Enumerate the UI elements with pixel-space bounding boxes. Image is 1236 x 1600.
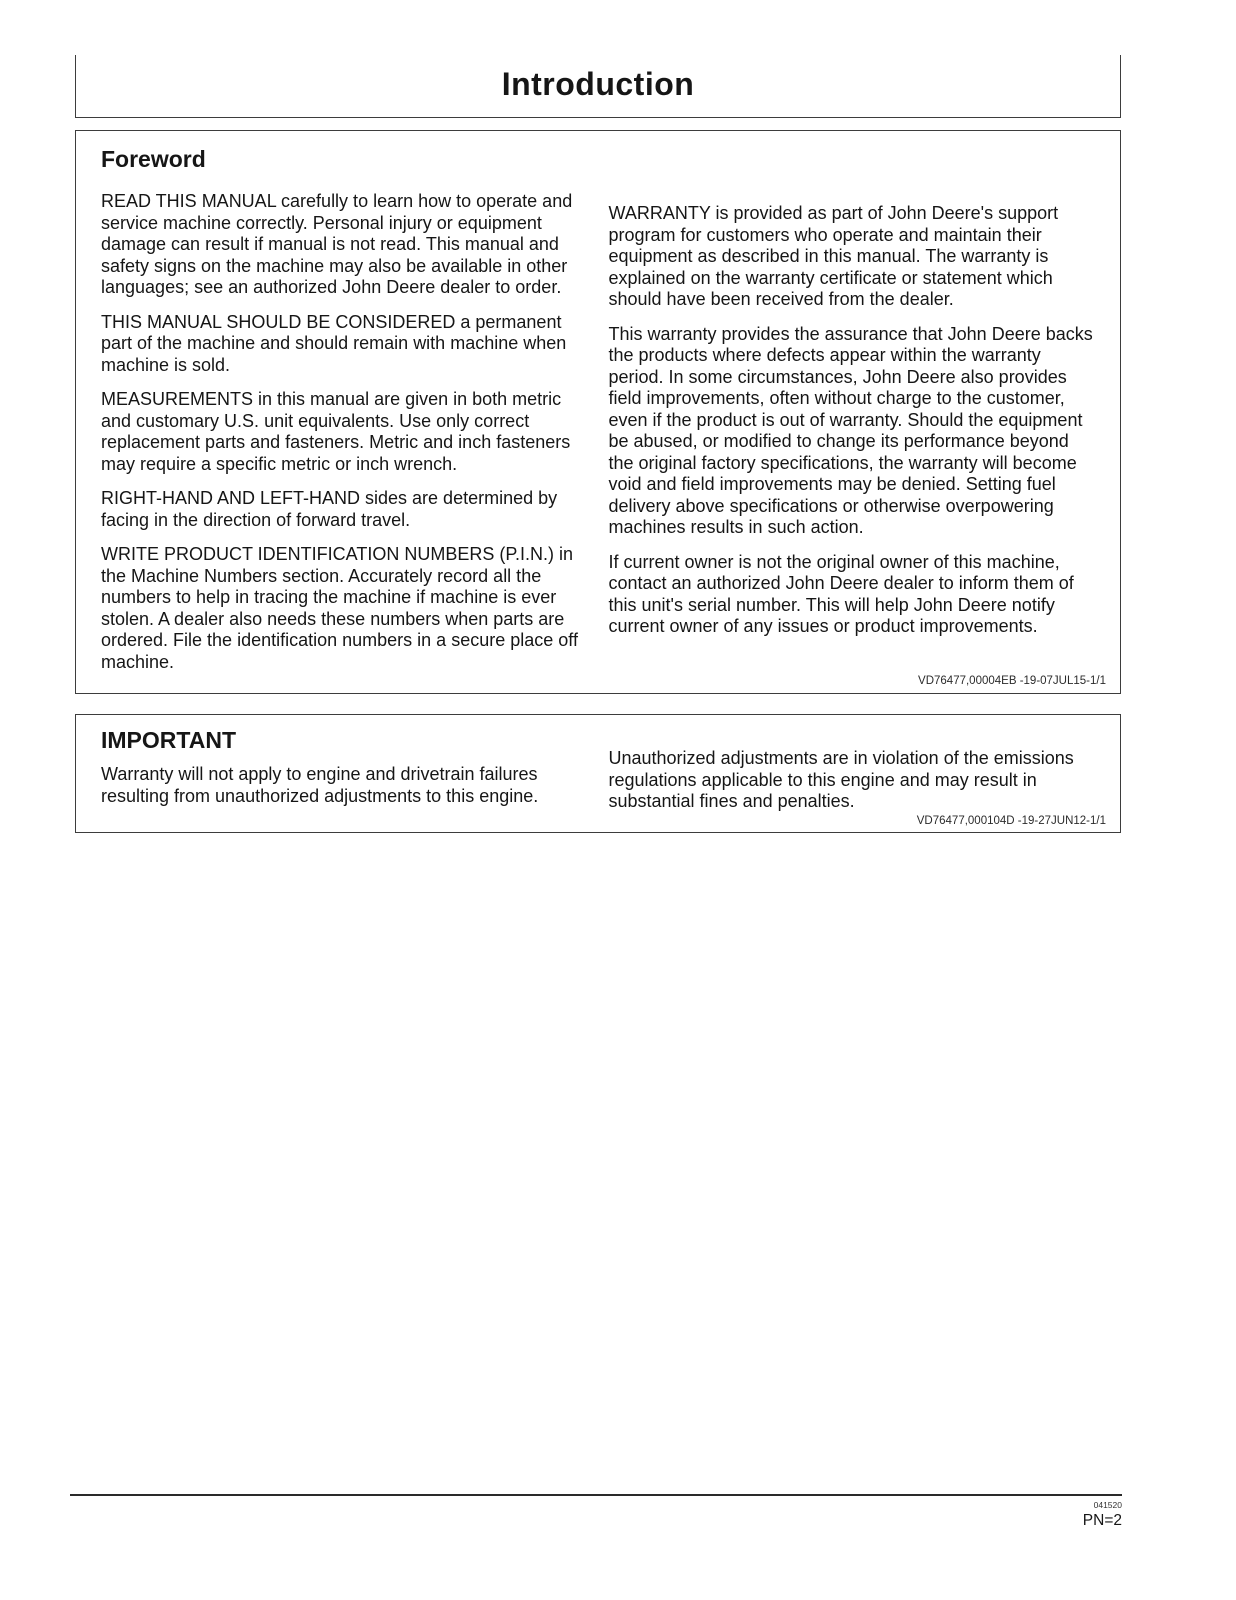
important-heading: IMPORTANT bbox=[101, 727, 591, 754]
foreword-paragraph-current-owner: If current owner is not the original own… bbox=[609, 552, 1099, 638]
footer-print-code: 041520 bbox=[1094, 1500, 1122, 1510]
important-right-column: Unauthorized adjustments are in violatio… bbox=[609, 727, 1099, 826]
important-warranty-paragraph: Warranty will not apply to engine and dr… bbox=[101, 764, 591, 807]
foreword-columns: READ THIS MANUAL carefully to learn how … bbox=[101, 191, 1098, 686]
important-section: IMPORTANT Warranty will not apply to eng… bbox=[75, 714, 1121, 833]
foreword-section: Foreword READ THIS MANUAL carefully to l… bbox=[75, 130, 1121, 694]
foreword-paragraph-warranty: WARRANTY is provided as part of John Dee… bbox=[609, 203, 1099, 311]
foreword-paragraph-measurements: MEASUREMENTS in this manual are given in… bbox=[101, 389, 591, 475]
foreword-paragraph-right-left-hand: RIGHT-HAND AND LEFT-HAND sides are deter… bbox=[101, 488, 591, 531]
important-left-column: IMPORTANT Warranty will not apply to eng… bbox=[101, 727, 591, 826]
page-title: Introduction bbox=[502, 66, 695, 103]
foreword-paragraph-warranty-assurance: This warranty provides the assurance tha… bbox=[609, 324, 1099, 539]
manual-page: Introduction Foreword READ THIS MANUAL c… bbox=[0, 0, 1236, 1600]
foreword-paragraph-read-manual: READ THIS MANUAL carefully to learn how … bbox=[101, 191, 591, 299]
foreword-paragraph-pin: WRITE PRODUCT IDENTIFICATION NUMBERS (P.… bbox=[101, 544, 591, 673]
footer-divider bbox=[70, 1494, 1122, 1496]
important-emissions-paragraph: Unauthorized adjustments are in violatio… bbox=[609, 748, 1099, 813]
foreword-reference-code: VD76477,00004EB -19-07JUL15-1/1 bbox=[918, 675, 1106, 687]
foreword-heading: Foreword bbox=[101, 146, 1098, 173]
page-header: Introduction bbox=[75, 55, 1121, 118]
footer-page-number: PN=2 bbox=[1083, 1512, 1122, 1530]
important-columns: IMPORTANT Warranty will not apply to eng… bbox=[101, 727, 1098, 826]
foreword-paragraph-manual-permanent: THIS MANUAL SHOULD BE CONSIDERED a perma… bbox=[101, 312, 591, 377]
foreword-left-column: READ THIS MANUAL carefully to learn how … bbox=[101, 191, 591, 686]
foreword-right-column: WARRANTY is provided as part of John Dee… bbox=[609, 191, 1099, 686]
important-reference-code: VD76477,000104D -19-27JUN12-1/1 bbox=[917, 815, 1106, 827]
